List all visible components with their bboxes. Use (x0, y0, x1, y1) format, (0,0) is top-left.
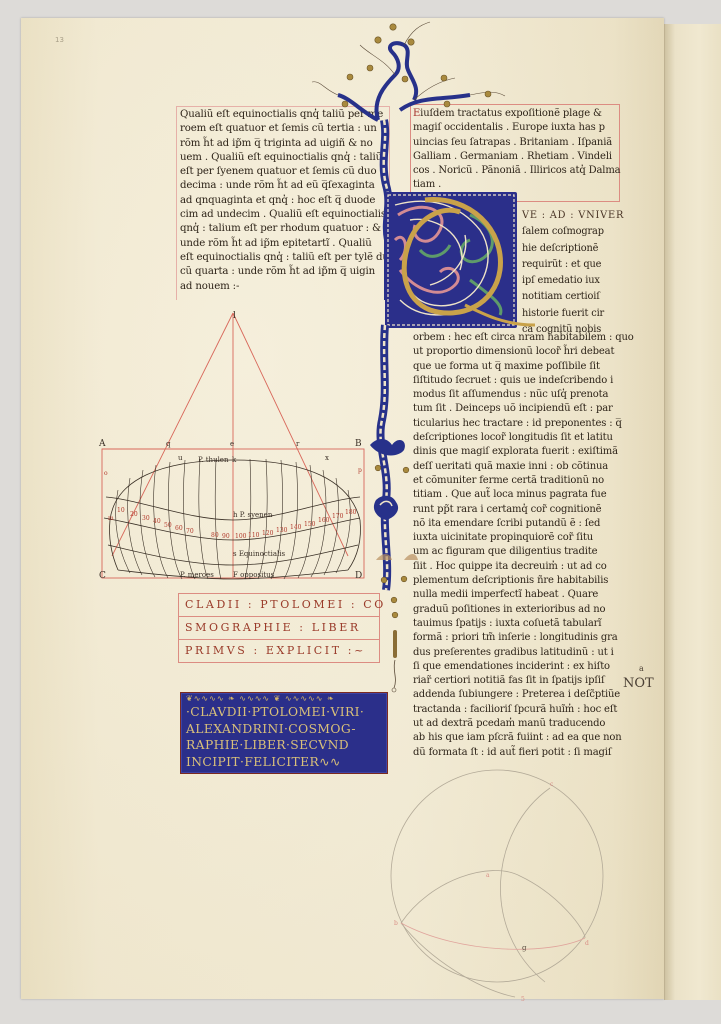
point-label: 5 (521, 996, 525, 1003)
point-label: a (486, 872, 490, 879)
point-label: b (394, 920, 398, 927)
point-label: d (585, 940, 589, 947)
point-label: c (550, 781, 554, 788)
svg-text:g: g (522, 944, 527, 952)
lower-circle-diagram: c a b d 5 g (0, 0, 721, 1024)
